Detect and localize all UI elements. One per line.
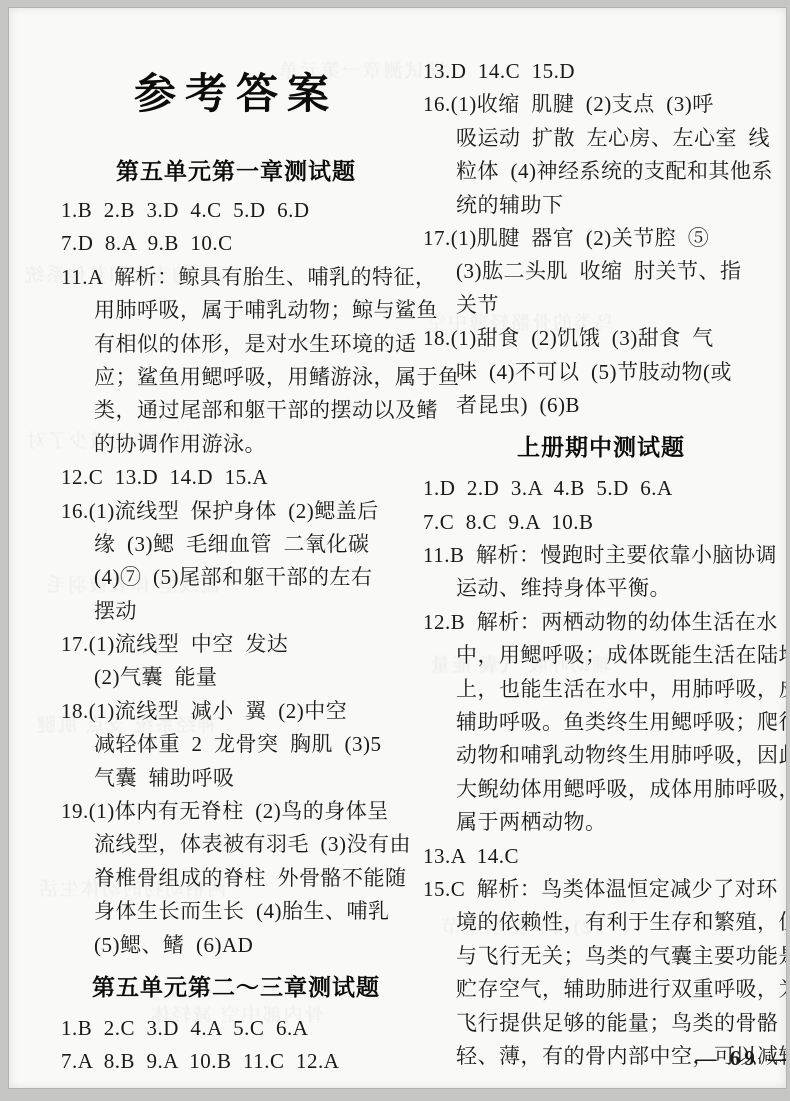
answer-line: 粒体 (4)神经系统的支配和其他系 xyxy=(423,155,779,188)
answer-line: 1.D 2.D 3.A 4.B 5.D 6.A xyxy=(423,472,779,505)
answer-line: 7.A 8.B 9.A 10.B 11.C 12.A xyxy=(61,1045,411,1078)
page-title: 参考答案 xyxy=(61,70,411,120)
answer-line: 用肺呼吸，属于哺乳动物；鲸与鲨鱼 xyxy=(61,294,411,327)
answer-line: 15.C 解析：鸟类体温恒定减少了对环 xyxy=(423,873,779,906)
answer-line: 7.C 8.C 9.A 10.B xyxy=(423,506,779,539)
answer-line: 16.(1)收缩 肌腱 (2)支点 (3)呼 xyxy=(423,88,779,121)
answer-line: 18.(1)甜食 (2)饥饿 (3)甜食 气 xyxy=(423,322,779,355)
answer-line: 中，用鳃呼吸；成体既能生活在陆地 xyxy=(423,639,779,672)
answer-line: 有相似的体形，是对水生环境的适 xyxy=(61,328,411,361)
section-heading: 第五单元第二～三章测试题 xyxy=(61,972,411,1004)
answer-line: (5)鳃、鳍 (6)AD xyxy=(61,929,411,962)
answer-line: 应；鲨鱼用鳃呼吸，用鳍游泳，属于鱼 xyxy=(61,361,411,394)
answer-line: 的协调作用游泳。 xyxy=(61,428,411,461)
answer-line: 11.A 解析：鲸具有胎生、哺乳的特征， xyxy=(61,261,411,294)
answer-line: 脊椎骨组成的脊柱 外骨骼不能随 xyxy=(61,862,411,895)
answer-line: 飞行提供足够的能量；鸟类的骨骼 xyxy=(423,1007,779,1040)
answer-line: 动物和哺乳动物终生用肺呼吸，因此 xyxy=(423,739,779,772)
answer-line: 关节 xyxy=(423,289,779,322)
answer-line: 13.A 14.C xyxy=(423,840,779,873)
answer-line: (2)气囊 能量 xyxy=(61,661,411,694)
answer-line: 17.(1)肌腱 器官 (2)关节腔 ⑤ xyxy=(423,222,779,255)
answer-line: 贮存空气，辅助肺进行双重呼吸，为 xyxy=(423,973,779,1006)
answer-line: 境的依赖性，有利于生存和繁殖，但 xyxy=(423,906,779,939)
answer-line: 7.D 8.A 9.B 10.C xyxy=(61,227,411,260)
page-number: — 69 — xyxy=(696,1046,787,1071)
scanned-page: 题试测章一第元单的支配和其他系统体温恒定减少了对流线型 体表被羽毛神经系统 支点… xyxy=(0,0,790,1101)
answer-line: 上，也能生活在水中，用肺呼吸，皮肤 xyxy=(423,673,779,706)
answer-line: 属于两栖动物。 xyxy=(423,806,779,839)
answer-line: (3)肱二头肌 收缩 肘关节、指 xyxy=(423,255,779,288)
section-heading: 上册期中测试题 xyxy=(423,432,779,464)
answer-line: 统的辅助下 xyxy=(423,189,779,222)
answer-line: 吸运动 扩散 左心房、左心室 线 xyxy=(423,122,779,155)
answer-line: 缘 (3)鳃 毛细血管 二氧化碳 xyxy=(61,528,411,561)
answer-line: 13.D 14.C 15.D xyxy=(423,55,779,88)
answer-line: 者昆虫) (6)B xyxy=(423,389,779,422)
answer-line: 摆动 xyxy=(61,595,411,628)
answer-line: 19.(1)体内有无脊柱 (2)鸟的身体呈 xyxy=(61,795,411,828)
right-column-blocks: 13.D 14.C 15.D16.(1)收缩 肌腱 (2)支点 (3)呼吸运动 … xyxy=(423,55,779,1073)
answer-line: 1.B 2.C 3.D 4.A 5.C 6.A xyxy=(61,1012,411,1045)
section-heading: 第五单元第一章测试题 xyxy=(61,156,411,188)
answer-line: 11.B 解析：慢跑时主要依靠小脑协调 xyxy=(423,539,779,572)
answer-line: 大鲵幼体用鳃呼吸，成体用肺呼吸， xyxy=(423,773,779,806)
left-column-blocks: 第五单元第一章测试题1.B 2.B 3.D 4.C 5.D 6.D7.D 8.A… xyxy=(61,156,411,1079)
answer-line: 16.(1)流线型 保护身体 (2)鳃盖后 xyxy=(61,495,411,528)
right-column: 13.D 14.C 15.D16.(1)收缩 肌腱 (2)支点 (3)呼吸运动 … xyxy=(423,8,779,1073)
answer-line: 减轻体重 2 龙骨突 胸肌 (3)5 xyxy=(61,728,411,761)
answer-line: 1.B 2.B 3.D 4.C 5.D 6.D xyxy=(61,194,411,227)
answer-line: 运动、维持身体平衡。 xyxy=(423,572,779,605)
answer-line: 18.(1)流线型 减小 翼 (2)中空 xyxy=(61,695,411,728)
left-column: 参考答案 第五单元第一章测试题1.B 2.B 3.D 4.C 5.D 6.D7.… xyxy=(61,8,411,1079)
answer-line: 17.(1)流线型 中空 发达 xyxy=(61,628,411,661)
answer-line: 身体生长而生长 (4)胎生、哺乳 xyxy=(61,895,411,928)
answer-line: 气囊 辅助呼吸 xyxy=(61,762,411,795)
answer-key-page: 题试测章一第元单的支配和其他系统体温恒定减少了对流线型 体表被羽毛神经系统 支点… xyxy=(9,8,786,1088)
answer-line: (4)⑦ (5)尾部和躯干部的左右 xyxy=(61,561,411,594)
answer-line: 12.C 13.D 14.D 15.A xyxy=(61,461,411,494)
answer-line: 与飞行无关；鸟类的气囊主要功能是 xyxy=(423,940,779,973)
answer-line: 类，通过尾部和躯干部的摆动以及鳍 xyxy=(61,394,411,427)
answer-line: 味 (4)不可以 (5)节肢动物(或 xyxy=(423,356,779,389)
answer-line: 辅助呼吸。鱼类终生用鳃呼吸；爬行 xyxy=(423,706,779,739)
answer-line: 流线型，体表被有羽毛 (3)没有由 xyxy=(61,828,411,861)
answer-line: 12.B 解析：两栖动物的幼体生活在水 xyxy=(423,606,779,639)
